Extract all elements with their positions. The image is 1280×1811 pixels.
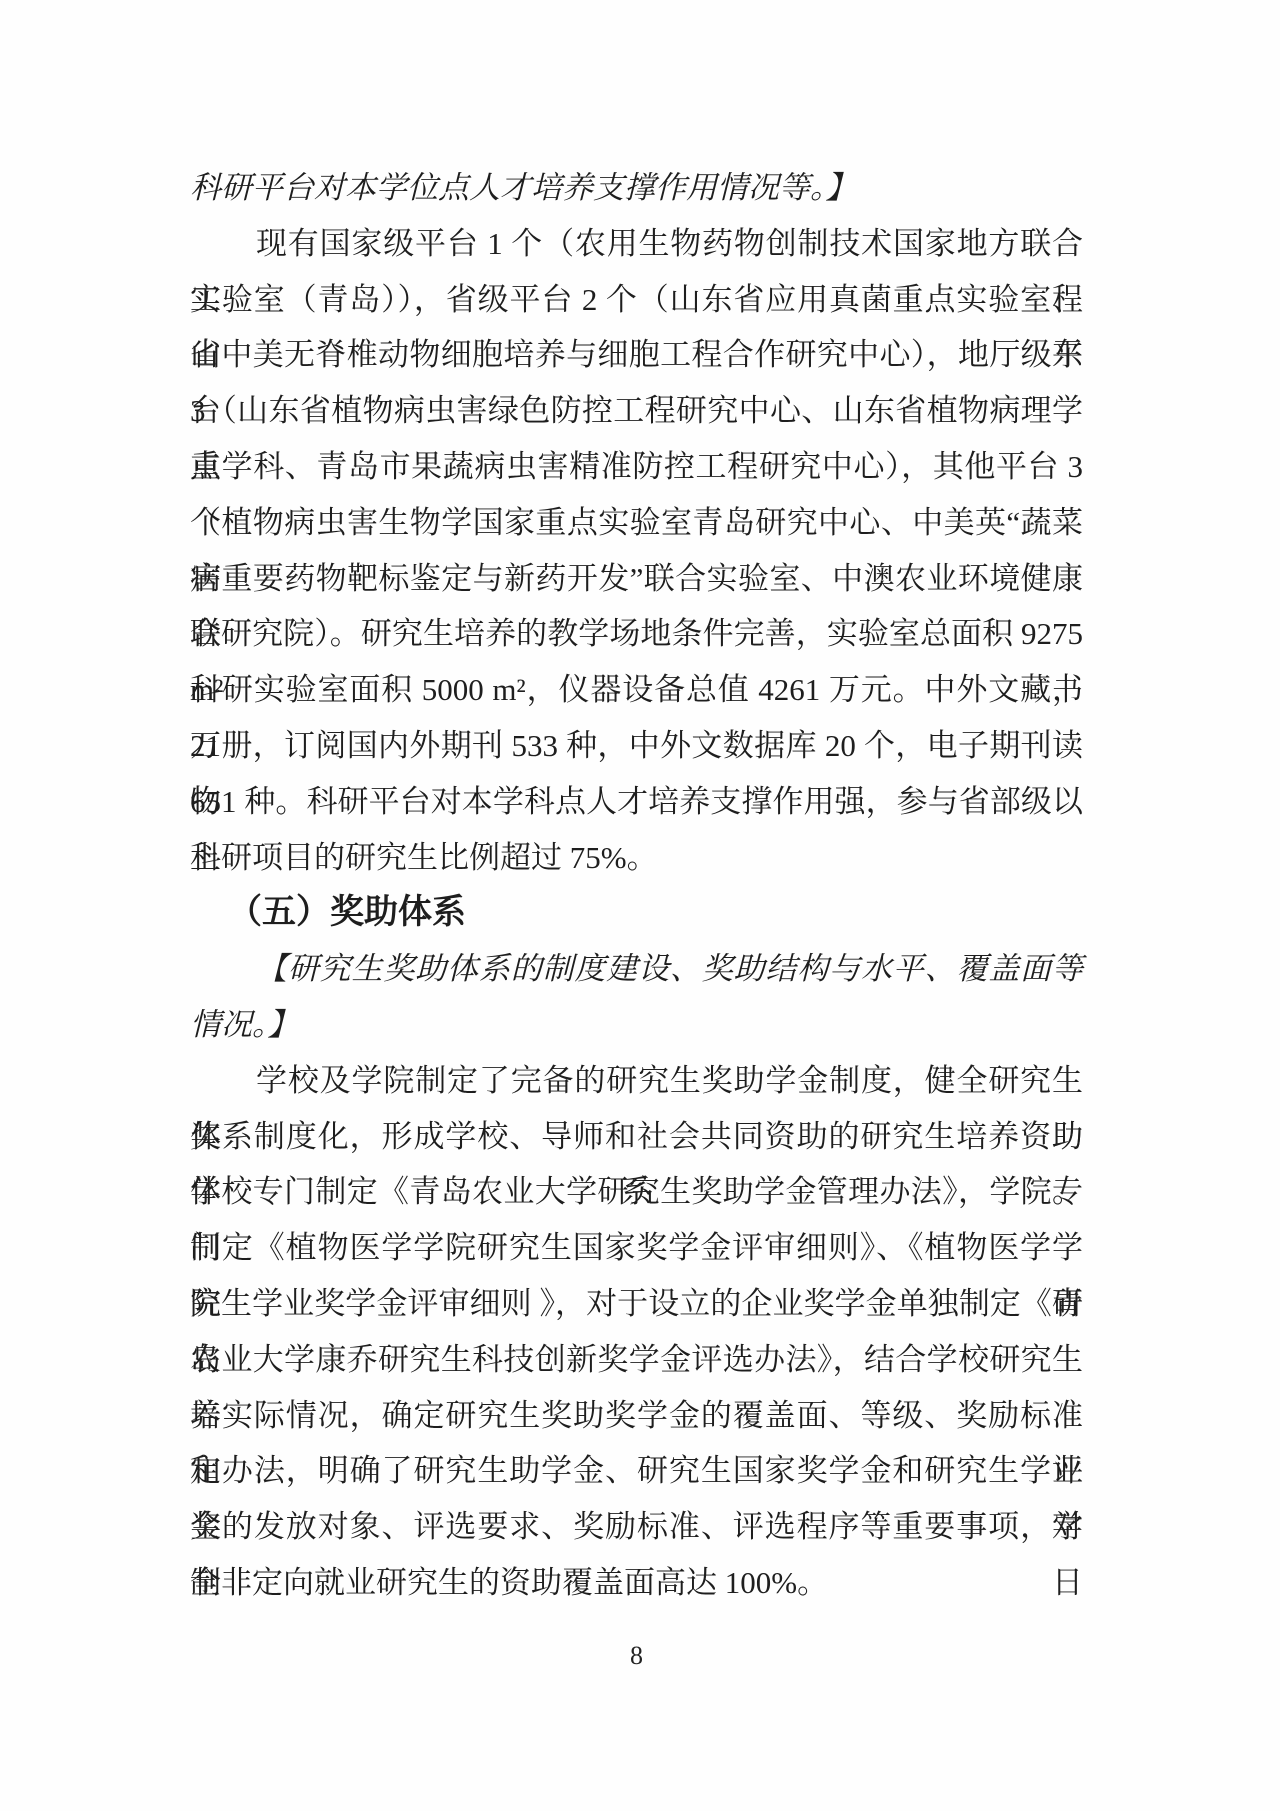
text-line: 定办法，明确了研究生助学金、研究生国家奖学金和研究生学业奖学: [190, 1443, 1083, 1499]
page-number: 8: [190, 1632, 1083, 1680]
text-line: 学校专门制定《青岛农业大学研究生奖助学金管理办法》，学院专门: [190, 1164, 1083, 1220]
text-line: 651 种。科研平台对本学科点人才培养支撑作用强，参与省部级以上: [190, 774, 1083, 830]
text-line: 制定《植物医学学院研究生国家奖学金评审细则》、《植物医学学院研: [190, 1220, 1083, 1276]
text-line: 【研究生奖助体系的制度建设、奖助结构与水平、覆盖面等: [190, 941, 1083, 997]
text-line: 科研实验室面积 5000 m²，仪器设备总值 4261 万元。中外文藏书 21: [190, 662, 1083, 718]
page-body: 科研平台对本学位点人才培养支撑作用情况等。】 现有国家级平台 1 个（农用生物药…: [190, 160, 1083, 1611]
section-heading-award-system: （五）奖助体系: [190, 885, 1083, 941]
text-line: 科研项目的研究生比例超过 75%。: [190, 830, 1083, 886]
text-line: 点学科、青岛市果蔬病虫害精准防控工程研究中心），其他平台 3 个: [190, 439, 1083, 495]
text-line: 金的发放对象、评选要求、奖励标准、评选程序等重要事项，对全日: [190, 1499, 1083, 1555]
text-line: 实验室（青岛）），省级平台 2 个（山东省应用真菌重点实验室、山东: [190, 272, 1083, 328]
text-line: 万册，订阅国内外期刊 533 种，中外文数据库 20 个，电子期刊读物: [190, 718, 1083, 774]
text-line: 农业大学康乔研究生科技创新奖学金评选办法》，结合学校研究生培: [190, 1332, 1083, 1388]
text-line: 合研究院）。研究生培养的教学场地条件完善，实验室总面积 9275 m²，: [190, 606, 1083, 662]
text-line: 情况。】: [190, 997, 1083, 1053]
text-line: 养实际情况，确定研究生奖助奖学金的覆盖面、等级、奖励标准和评: [190, 1388, 1083, 1444]
text-line: 3（山东省植物病虫害绿色防控工程研究中心、山东省植物病理学重: [190, 383, 1083, 439]
text-line: 害重要药物靶标鉴定与新药开发”联合实验室、中澳农业环境健康联: [190, 551, 1083, 607]
paragraph-research-platforms: 现有国家级平台 1 个（农用生物药物创制技术国家地方联合工程实验室（青岛）），省…: [190, 216, 1083, 886]
text-line: 究生学业奖学金评审细则 》，对于设立的企业奖学金单独制定《青岛: [190, 1276, 1083, 1332]
text-line: （植物病虫害生物学国家重点实验室青岛研究中心、中美英“蔬菜病: [190, 495, 1083, 551]
text-line: 体系制度化，形成学校、导师和社会共同资助的研究生培养资助体系。: [190, 1109, 1083, 1165]
bracket-note-continuation: 科研平台对本学位点人才培养支撑作用情况等。】: [190, 160, 1083, 216]
text-line: 学校及学院制定了完备的研究生奖助学金制度，健全研究生奖助: [190, 1053, 1083, 1109]
text-line: 省中美无脊椎动物细胞培养与细胞工程合作研究中心），地厅级平台: [190, 327, 1083, 383]
paragraph-award-system: 学校及学院制定了完备的研究生奖助学金制度，健全研究生奖助体系制度化，形成学校、导…: [190, 1053, 1083, 1611]
document-page: 科研平台对本学位点人才培养支撑作用情况等。】 现有国家级平台 1 个（农用生物药…: [0, 0, 1280, 1811]
text-line: 现有国家级平台 1 个（农用生物药物创制技术国家地方联合工程: [190, 216, 1083, 272]
bracket-note-award-system: 【研究生奖助体系的制度建设、奖助结构与水平、覆盖面等情况。】: [190, 941, 1083, 1053]
